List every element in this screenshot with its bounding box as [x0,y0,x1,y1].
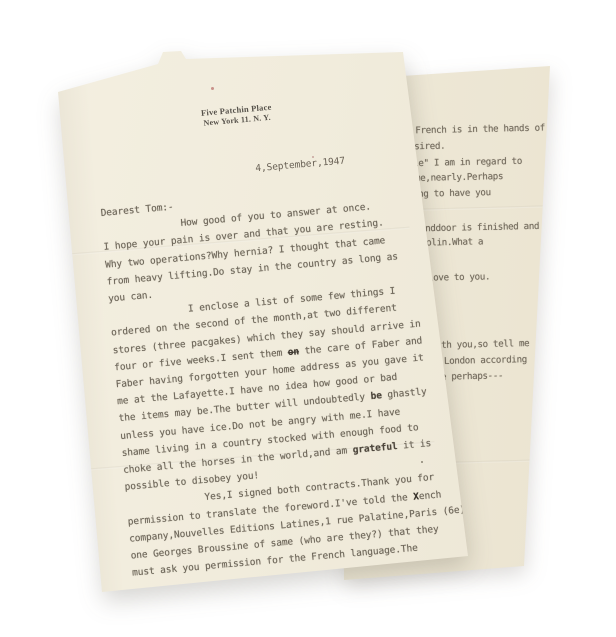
typed-text: ghastly [381,387,427,402]
front-page-content: Five Patchin Place New York 11. N. Y. 4,… [100,176,469,582]
paper-speck [421,461,423,463]
date-line: 4,September,1947 [255,155,346,174]
paper-speck [211,87,214,90]
paper-speck [312,156,314,158]
typed-text: ench [418,489,441,502]
letter-body: Dearest Tom:- How good of you to answer … [100,176,469,582]
letter-photo: e French is in the hands ofesired.ble" I… [0,0,616,637]
typed-text: it is [397,438,432,452]
letter-page-front: Five Patchin Place New York 11. N. Y. 4,… [0,0,616,637]
letter-page-front-wrap: Five Patchin Place New York 11. N. Y. 4,… [0,0,616,637]
letterhead: Five Patchin Place New York 11. N. Y. [190,101,283,130]
overstruck-text: grateful [352,441,398,456]
